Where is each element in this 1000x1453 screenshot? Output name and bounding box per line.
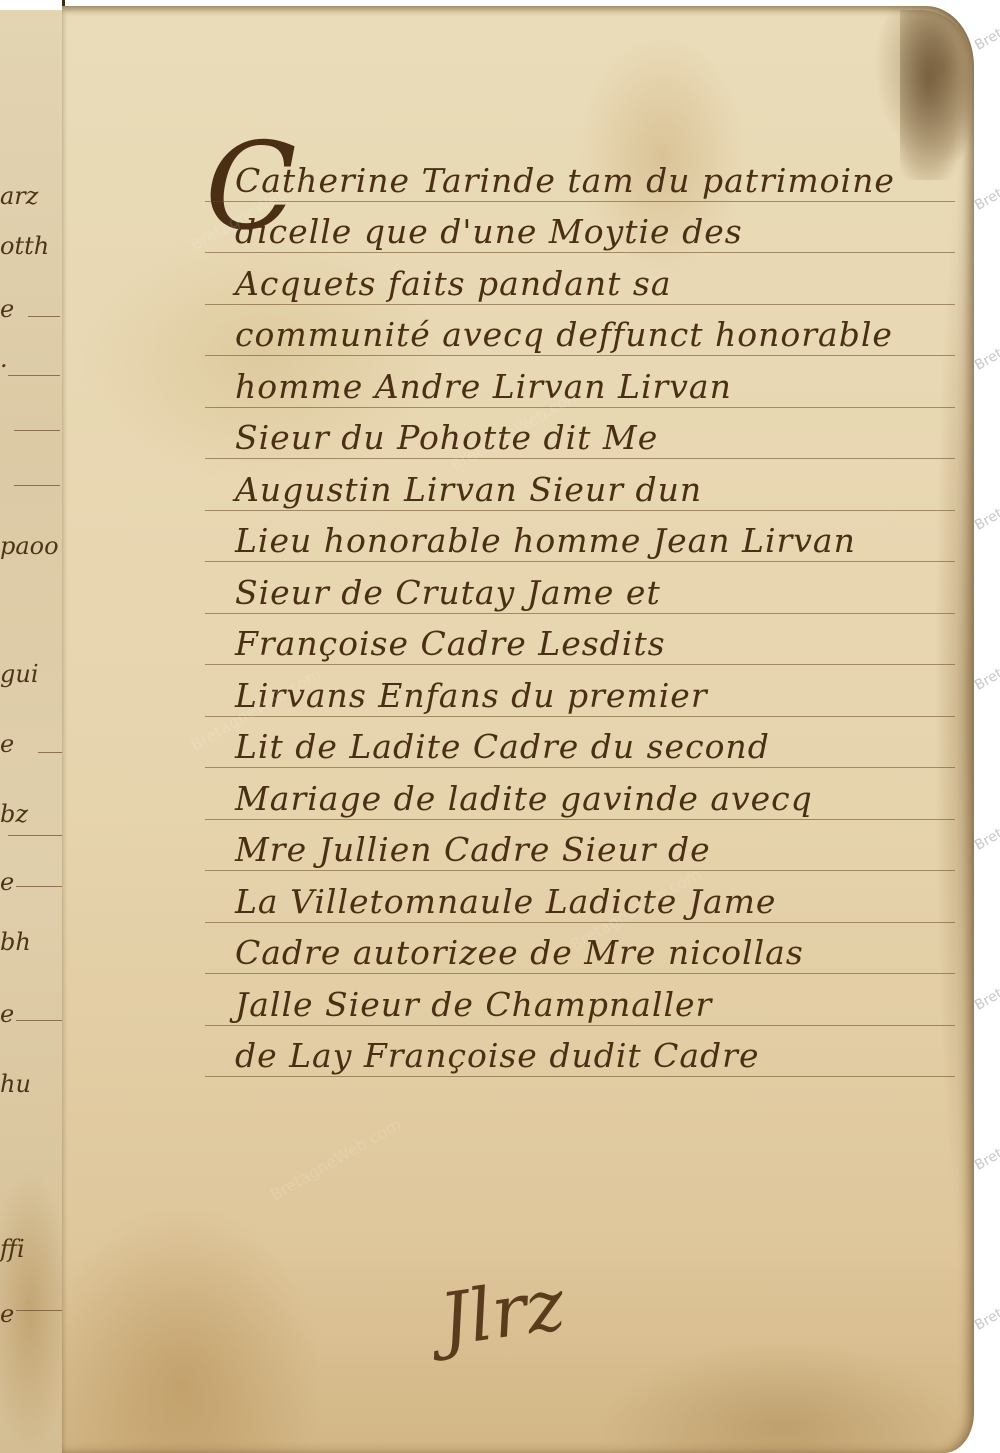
left-fragment: arz	[0, 182, 38, 210]
watermark-text: BretagneWeb.com	[972, 136, 1000, 214]
watermark-text: BretagneWeb.com	[972, 456, 1000, 534]
watermark-text: BretagneWeb.com	[972, 296, 1000, 374]
left-fragment: e	[0, 295, 14, 323]
text-line: Mre Jullien Cadre Sieur de	[205, 820, 955, 872]
text-line: Lirvans Enfans du premier	[205, 665, 955, 717]
left-fragment: e	[0, 730, 14, 758]
left-fragment: ffi	[0, 1235, 25, 1263]
left-fragment: bh	[0, 928, 31, 956]
watermark-text: BretagneWeb.com	[972, 936, 1000, 1014]
text-line: Augustin Lirvan Sieur dun	[205, 459, 955, 511]
watermark-text: BretagneWeb.com	[972, 776, 1000, 854]
text-line: Lieu honorable homme Jean Lirvan	[205, 511, 955, 563]
left-facing-page: arz otth e . paoo gui e bz e bh e hu ffi…	[0, 10, 64, 1453]
watermark-text: BretagneWeb.com	[972, 1096, 1000, 1174]
left-fragment: bz	[0, 800, 28, 828]
text-line: Lit de Ladite Cadre du second	[205, 717, 955, 769]
left-fragment: e	[0, 1000, 14, 1028]
left-fragment: gui	[0, 660, 39, 688]
text-line: La Villetomnaule Ladicte Jame	[205, 871, 955, 923]
watermark-text: BretagneWeb.com	[972, 0, 1000, 54]
text-line: de Lay Françoise dudit Cadre	[205, 1026, 955, 1078]
watermark-strip: BretagneWeb.com BretagneWeb.com Bretagne…	[968, 0, 1000, 1453]
left-rule	[28, 316, 60, 317]
text-line: Mariage de ladite gavinde avecq	[205, 768, 955, 820]
left-rule	[38, 752, 62, 753]
left-rule	[16, 886, 62, 887]
text-line: Sieur de Crutay Jame et	[205, 562, 955, 614]
left-fragment: e	[0, 868, 14, 896]
watermark-text: BretagneWeb.com	[972, 616, 1000, 694]
manuscript-scan: arz otth e . paoo gui e bz e bh e hu ffi…	[0, 0, 1000, 1453]
text-line: communité avecq deffunct honorable	[205, 305, 955, 357]
left-fragment: hu	[0, 1070, 31, 1098]
text-line: Acquets faits pandant sa	[205, 253, 955, 305]
text-line: Françoise Cadre Lesdits	[205, 614, 955, 666]
left-rule	[8, 835, 62, 836]
text-line: Catherine Tarinde tam du patrimoine	[205, 150, 955, 202]
manuscript-text: Catherine Tarinde tam du patrimoine dice…	[205, 150, 955, 1077]
left-fragment: otth	[0, 232, 49, 260]
text-line: Cadre autorizee de Mre nicollas	[205, 923, 955, 975]
left-fragment: e	[0, 1300, 14, 1328]
text-line: homme Andre Lirvan Lirvan	[205, 356, 955, 408]
left-rule	[16, 1310, 62, 1311]
watermark-text: BretagneWeb.com	[972, 1256, 1000, 1334]
text-line: dicelle que d'une Moytie des	[205, 202, 955, 254]
left-rule	[16, 1020, 62, 1021]
left-fragment: .	[0, 345, 8, 373]
left-rule	[14, 430, 60, 431]
left-fragment: paoo	[0, 532, 59, 560]
signature: Jlrz	[435, 1262, 570, 1362]
left-rule	[14, 485, 60, 486]
text-line: Sieur du Pohotte dit Me	[205, 408, 955, 460]
left-rule	[8, 375, 60, 376]
text-line: Jalle Sieur de Champnaller	[205, 974, 955, 1026]
